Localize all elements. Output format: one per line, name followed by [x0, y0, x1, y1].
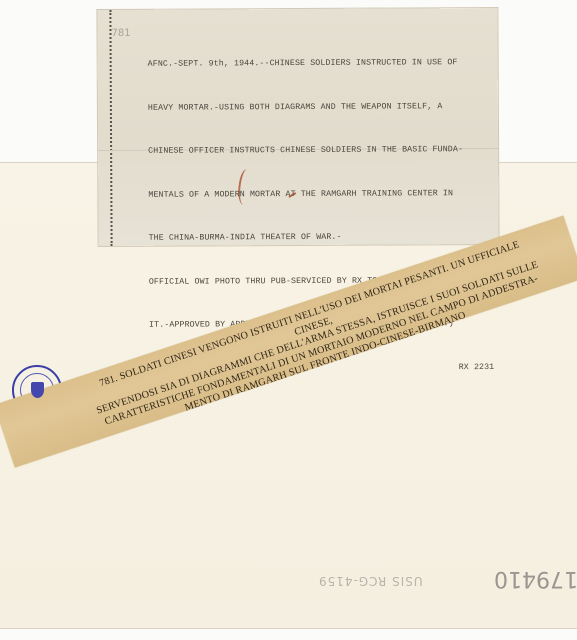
- handwritten-archive-code: USIS RCG-4159: [318, 574, 423, 588]
- perforation-margin: [109, 10, 113, 246]
- shield-icon: [31, 382, 44, 398]
- typed-line: THE CHINA-BURMA-INDIA THEATER OF WAR.-: [149, 230, 494, 246]
- pencil-mark: 781: [111, 28, 130, 39]
- typed-line: AFNC.-SEPT. 9th, 1944.--CHINESE SOLDIERS…: [148, 56, 493, 72]
- typed-line: MENTALS OF A MODERN MORTAR AT THE RAMGAR…: [148, 186, 493, 202]
- typed-line: HEAVY MORTAR.-USING BOTH DIAGRAMS AND TH…: [148, 99, 493, 115]
- typed-caption-slip: 781 AFNC.-SEPT. 9th, 1944.--CHINESE SOLD…: [97, 8, 498, 246]
- typed-line: CHINESE OFFICER INSTRUCTS CHINESE SOLDIE…: [148, 143, 493, 159]
- handwritten-inventory-number: 179410: [494, 566, 577, 591]
